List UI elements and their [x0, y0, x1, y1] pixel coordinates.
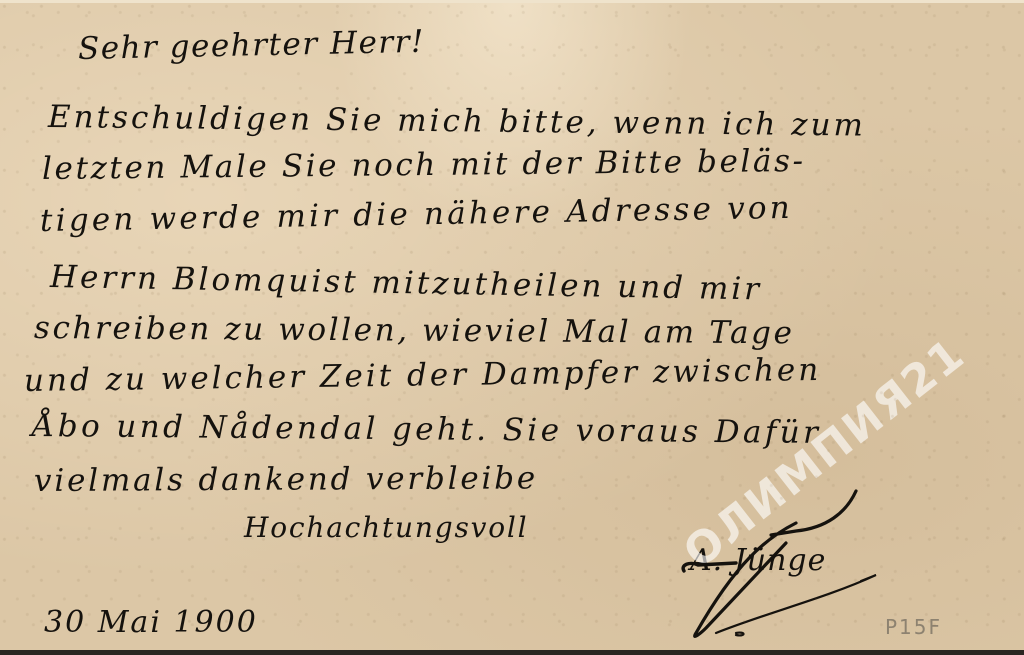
letter-line-1: Entschuldigen Sie mich bitte, wenn ich z…: [48, 99, 866, 144]
pencil-note: P15F: [885, 615, 942, 639]
letter-line-6: und zu welcher Zeit der Dampfer zwischen: [24, 352, 822, 399]
postcard: Sehr geehrter Herr! Entschuldigen Sie mi…: [0, 0, 1024, 650]
card-bottom-edge: [0, 650, 1024, 655]
letter-line-7: Åbo und Nådendal geht. Sie voraus Dafür: [32, 408, 822, 451]
letter-line-3: tigen werde mir die nähere Adresse von: [40, 190, 794, 239]
letter-line-2: letzten Male Sie noch mit der Bitte belä…: [42, 143, 806, 187]
letter-line-4: Herrn Blomquist mitzutheilen und mir: [50, 259, 763, 307]
letter-line-5: schreiben zu wollen, wieviel Mal am Tage: [34, 310, 795, 351]
letter-salutation: Sehr geehrter Herr!: [78, 24, 426, 67]
letter-line-8: vielmals dankend verbleibe: [34, 460, 538, 499]
letter-date: 30 Mai 1900: [44, 605, 258, 640]
letter-closing: Hochachtungsvoll: [244, 511, 528, 544]
